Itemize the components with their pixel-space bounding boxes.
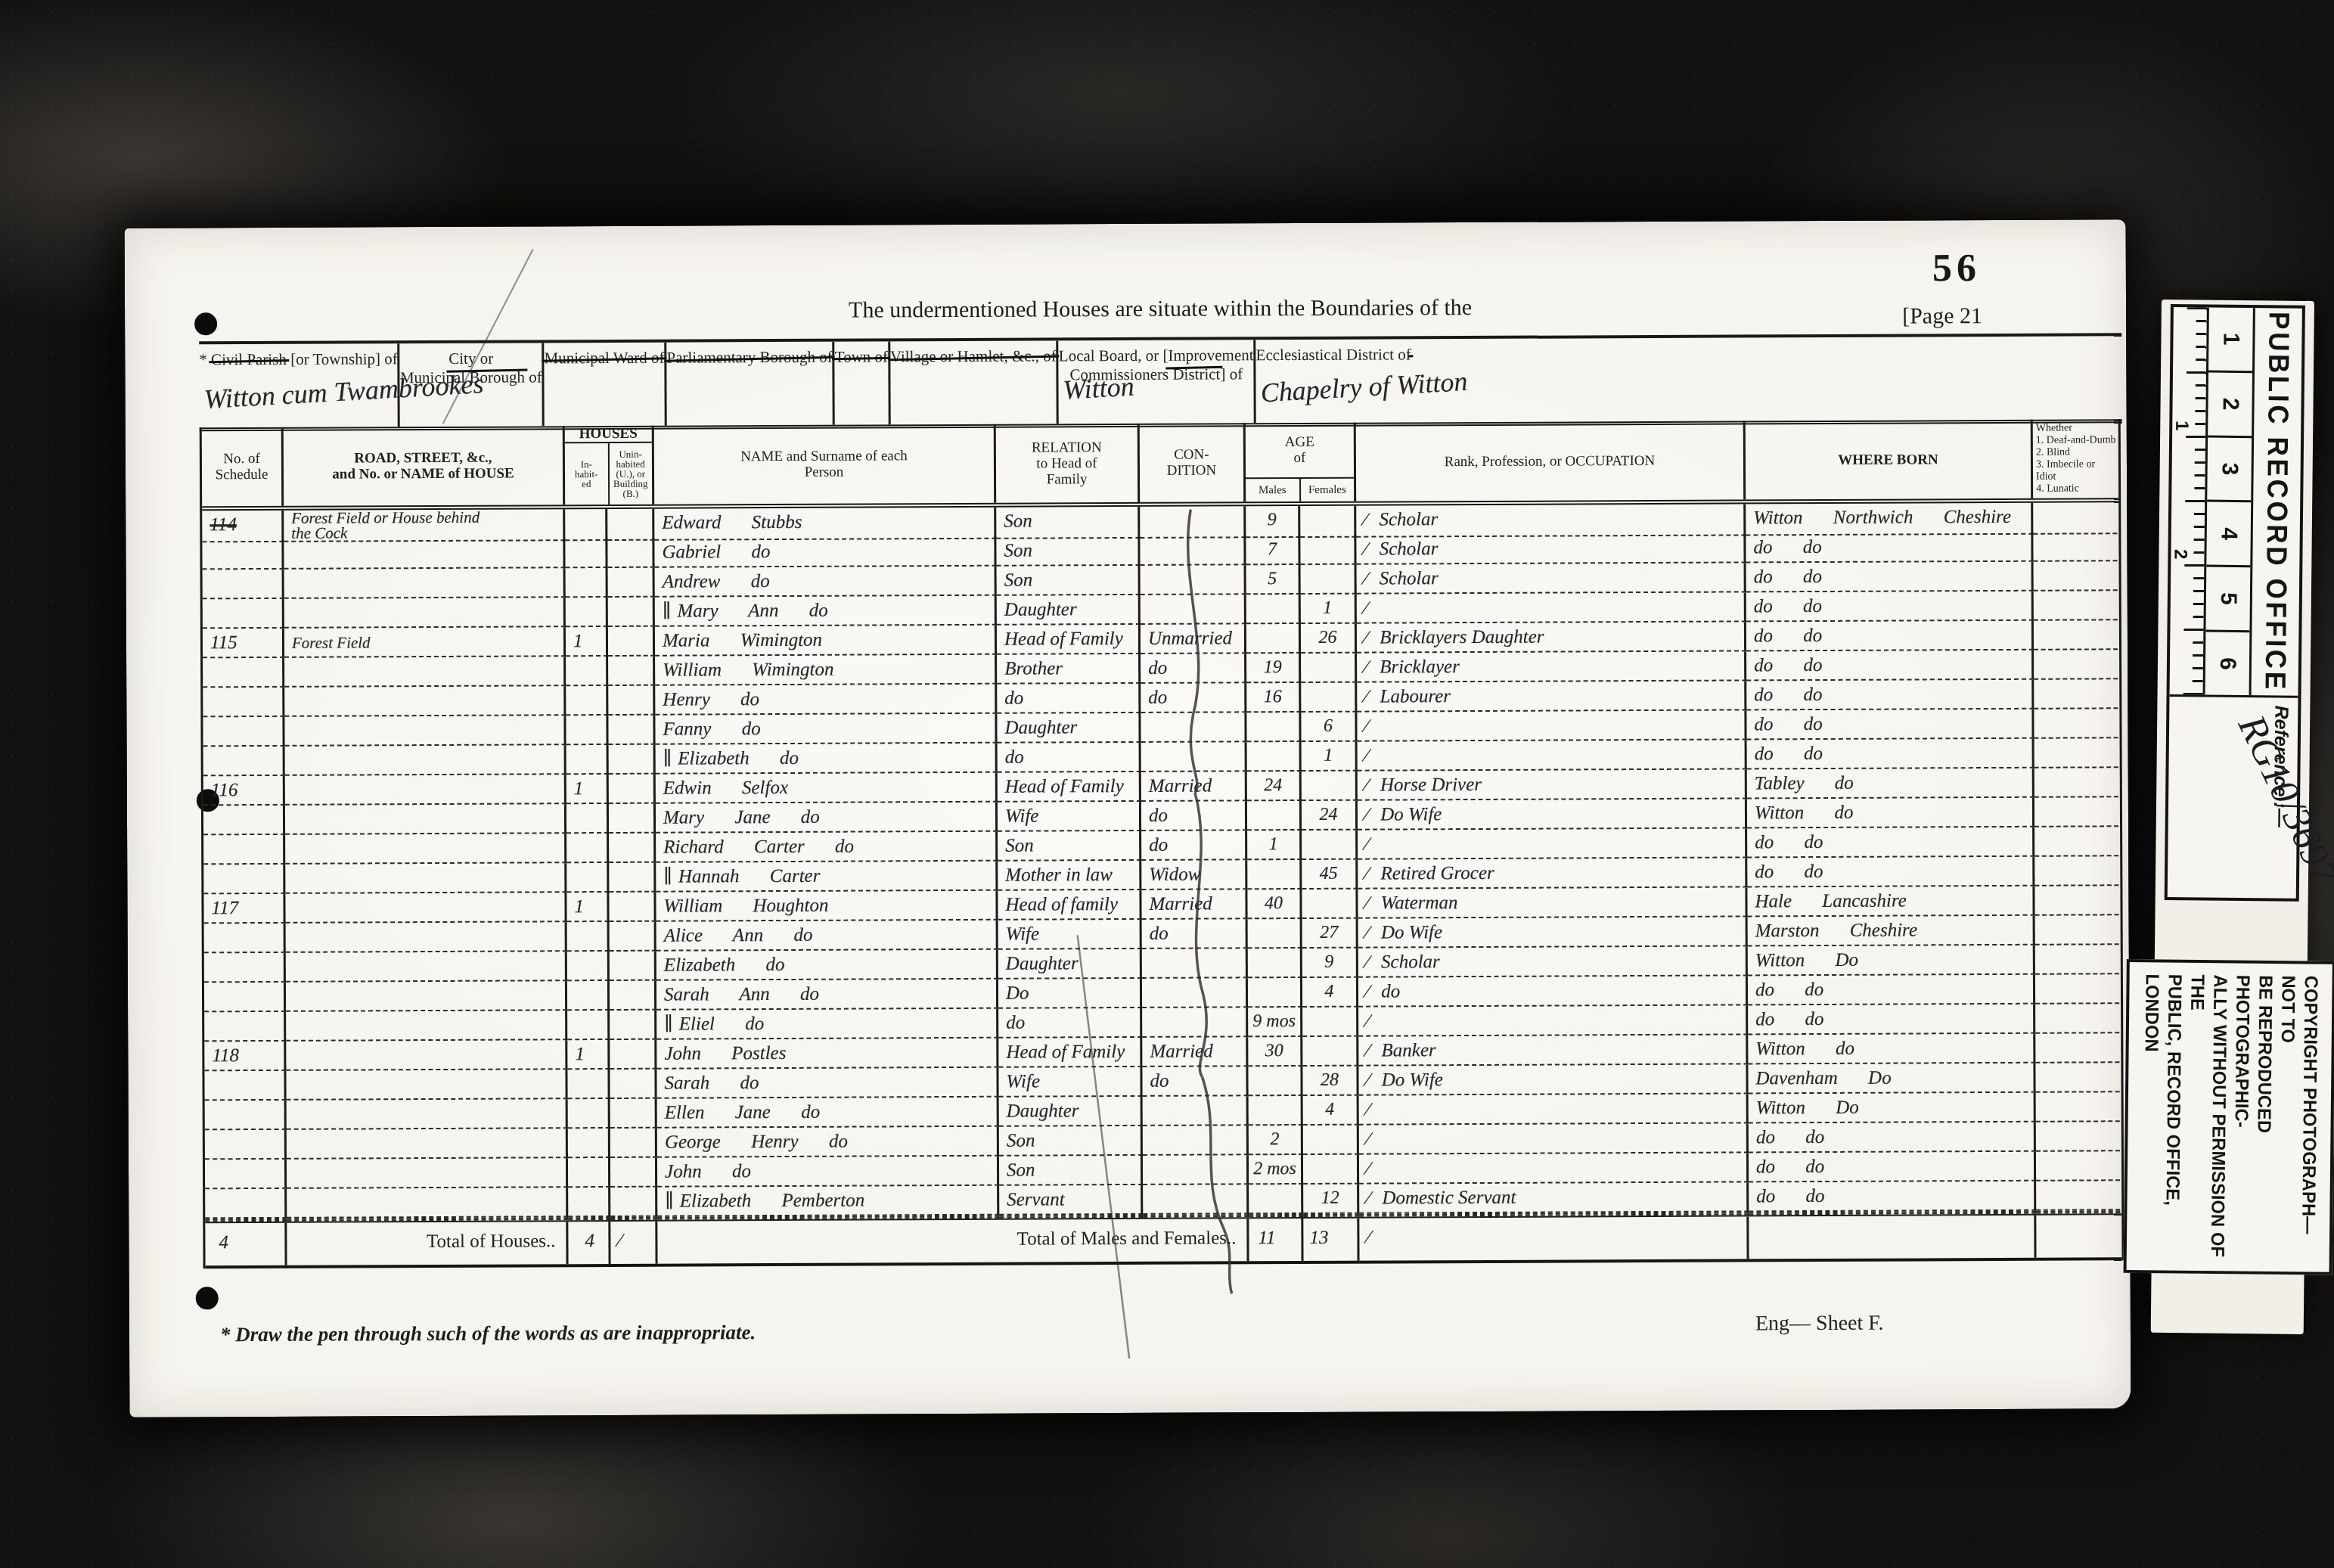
cell-age-female: 27 [1302,919,1358,949]
cell-where-born: Witton Do [1748,945,2035,977]
cell-whether-disabled [2035,1033,2119,1063]
cell-road-street [284,657,566,688]
cell-relation: Do [998,979,1142,1009]
cell-where-born: do do [1749,1181,2036,1212]
pro-reference-slip: PUBLIC RECORD OFFICE 1 2 3 4 5 6 1 2 Ref… [2165,304,2305,902]
cell-where-born: do do [1749,1152,2036,1183]
cell-houses-inhabited: 1 [567,1040,610,1070]
cell-person-name: Eliel do [656,1009,998,1040]
header-field: Village or Hamlet, &c., of [890,340,1059,424]
cell-road-street [286,1070,567,1101]
cell-where-born: do do [1746,562,2034,593]
col-condition: CON- DITION [1140,423,1246,502]
cell-condition [1141,595,1246,625]
cell-person-name: Edwin Selfox [656,773,998,804]
total-males-value: 11 [1249,1219,1303,1261]
cell-road-street: Forest Field [284,627,566,658]
cell-houses-uninhabited [607,509,654,541]
cell-schedule-number [203,599,284,629]
cell-relation: do [997,684,1141,714]
cell-houses-uninhabited [610,1040,656,1070]
cell-houses-uninhabited [608,598,655,627]
cell-occupation: Waterman [1358,887,1747,918]
cell-relation: Son [999,1126,1143,1157]
cell-relation: Brother [997,654,1141,685]
cell-person-name: Maria Wimington [655,626,997,657]
cell-age-female [1303,1155,1359,1185]
cell-whether-disabled [2034,561,2118,591]
cell-road-street [285,834,566,865]
cell-age-male [1249,1096,1303,1126]
cell-houses-uninhabited [609,804,656,834]
cell-age-male: 16 [1246,683,1301,713]
col-schedule: No. of Schedule [202,427,284,506]
cell-relation: Head of Family [997,625,1141,655]
cell-where-born: do do [1748,975,2035,1006]
cell-whether-disabled [2036,1092,2120,1122]
cell-schedule-number [203,747,285,776]
cell-occupation [1357,710,1746,741]
cell-person-name: Mary Jane do [656,803,998,834]
cell-schedule-number [203,717,284,747]
cell-age-female: 1 [1301,595,1357,624]
cell-occupation: Scholar [1356,504,1746,537]
cell-road-street [287,1129,568,1160]
cell-houses-inhabited [566,686,608,716]
cell-person-name: Fanny do [655,714,997,745]
cell-houses-uninhabited [609,834,656,863]
col-houses-caption: HOUSES [565,426,652,444]
cell-road-street [285,775,566,806]
cell-condition: Unmarried [1141,624,1246,654]
cell-houses-uninhabited [609,775,656,804]
cell-age-female [1301,683,1357,713]
cell-relation: Mother in law [998,861,1141,891]
cell-where-born: Davenham Do [1748,1063,2035,1094]
footnote: * Draw the pen through such of the words… [220,1321,756,1346]
cell-person-name: Ellen Jane do [657,1098,999,1129]
cell-condition: do [1141,654,1246,684]
cell-person-name: William Wimington [655,655,997,686]
cell-whether-disabled [2034,856,2118,886]
cell-where-born: do do [1747,739,2034,770]
cell-whether-disabled [2035,945,2119,974]
page-number-label: [Page 21 [1902,303,1982,329]
cell-occupation: Retired Grocer [1358,858,1747,889]
cell-houses-uninhabited [607,539,654,568]
pro-numbered-cells: 1 2 3 4 5 6 [2203,308,2255,696]
cell-age-male [1247,860,1302,890]
cell-age-male [1247,742,1302,772]
cell-relation: Wife [998,920,1142,950]
cell-road-street [287,1158,568,1189]
cell-occupation: Do Wife [1358,799,1747,830]
total-males-females-label: Total of Males and Females.. [657,1219,1249,1263]
header-field-label: City or Municipal Borough of [400,349,542,387]
cell-houses-inhabited [566,834,609,863]
cell-schedule-number: 116 [203,776,285,806]
cell-houses-inhabited [566,745,609,775]
cell-age-female [1300,506,1356,538]
cell-age-male: 1 [1247,831,1302,860]
cell-condition [1141,713,1246,743]
cell-age-female [1303,1126,1359,1155]
cell-whether-disabled [2034,591,2118,620]
cell-relation: Daughter [997,595,1141,626]
cell-age-female [1302,1037,1358,1067]
cell-road-street [286,981,567,1012]
cell-houses-uninhabited [610,1188,657,1217]
col-males: Males [1246,479,1301,501]
cell-occupation: Domestic Servant [1359,1182,1749,1213]
cell-occupation: Scholar [1356,533,1746,564]
cell-whether-disabled [2035,974,2119,1004]
cell-road-street [286,1011,567,1042]
cell-houses-inhabited: 1 [566,627,608,657]
cell-condition: do [1142,1067,1248,1097]
cell-houses-inhabited [567,922,610,952]
public-record-office-label: PUBLIC RECORD OFFICE 1 2 3 4 5 6 1 2 Ref… [2151,300,2314,1334]
cell-relation: do [998,1008,1142,1039]
cell-whether-disabled [2033,502,2117,534]
cell-houses-uninhabited [610,1011,656,1040]
cell-houses-inhabited [566,804,609,834]
cell-condition [1141,742,1247,772]
cell-road-street [286,1040,567,1071]
cell-age-male [1247,801,1302,831]
cell-where-born: do do [1747,857,2034,888]
header-field: City or Municipal Borough of [400,343,545,427]
cell-houses-uninhabited [610,922,656,952]
cell-schedule-number [203,806,285,835]
col-age-caption: AGE of [1246,423,1354,478]
cell-relation: Head of Family [998,1038,1142,1068]
header-field: Parliamentary Borough of [666,342,835,426]
cell-occupation: Scholar [1358,946,1748,977]
total-females-value: 13 [1303,1219,1359,1261]
cell-schedule-number [202,540,284,570]
cell-road-street [287,1099,568,1130]
cell-occupation [1358,828,1747,859]
cell-occupation: Labourer [1357,681,1746,712]
pro-office-title: PUBLIC RECORD OFFICE [2252,324,2302,681]
cell-where-born: do do [1746,680,2034,711]
cell-relation: Wife [998,1067,1142,1098]
cell-road-street [284,568,566,599]
cell-schedule-number [203,688,284,717]
cell-age-female: 4 [1303,1096,1359,1126]
cell-relation: Head of Family [998,772,1141,803]
cell-condition [1143,1185,1249,1215]
cell-person-name: John do [657,1157,999,1188]
header-field-handwritten-value: Chapelry of Witton [1260,365,1469,408]
pro-inch-mark: 2 [2169,549,2190,560]
cell-condition: do [1142,919,1248,949]
cell-occupation [1359,1094,1749,1125]
cell-age-male: 30 [1248,1037,1302,1067]
folio-number-stamp: 56 [1932,246,1981,290]
pro-ruler-cell: 2 [2208,372,2252,437]
cell-relation: Son [999,1156,1143,1186]
cell-condition: Widow [1141,860,1247,890]
cell-where-born: do do [1746,650,2034,682]
pro-ruler-cell: 1 [2208,308,2253,373]
col-relation: RELATION to Head of Family [996,424,1140,503]
cell-condition [1140,506,1246,539]
cell-condition: Married [1141,890,1247,920]
cell-person-name: Alice Ann do [656,921,998,952]
pro-inch-ruler: 1 2 [2170,307,2207,694]
cell-age-male: 2 mos [1249,1155,1303,1185]
cell-person-name: Sarah do [656,1068,998,1099]
cell-road-street [285,893,566,924]
cell-houses-inhabited [566,568,608,598]
cell-age-male: 2 [1249,1126,1303,1155]
cell-where-born: Witton Northwich Cheshire [1746,503,2033,536]
col-females: Females [1301,479,1355,501]
cell-age-female [1301,565,1357,595]
cell-age-female [1300,536,1356,565]
cell-condition: do [1141,683,1246,713]
total-males-females-checkmark: ∕ [1359,1216,1749,1260]
cell-age-female: 4 [1302,978,1358,1008]
cell-whether-disabled [2035,915,2119,945]
cell-road-street [284,716,566,747]
col-whether: Whether 1. Deaf-and-Dumb 2. Blind 3. Imb… [2033,419,2117,498]
col-houses: HOUSES In- habit- ed Unin- habited (U.),… [565,426,654,505]
cell-relation: Servant [999,1185,1143,1216]
cell-houses-uninhabited [608,716,655,745]
cell-person-name: George Henry do [657,1127,999,1158]
cell-relation: Daughter [997,713,1141,744]
cell-houses-uninhabited [610,1129,657,1158]
header-field-label: Parliamentary Borough of [666,348,832,368]
cell-schedule-number: 118 [204,1042,286,1071]
cell-whether-disabled [2034,738,2118,768]
cell-age-male: 7 [1246,536,1300,565]
cell-age-male [1248,949,1302,978]
pro-ruler-cell: 4 [2206,502,2251,567]
cell-where-born: do do [1746,621,2034,652]
col-age: AGE of Males Females [1246,423,1356,502]
cell-road-street [285,745,566,776]
cell-relation: Son [996,507,1140,539]
pro-reference-block: Reference :— RG10/3697 [2168,697,2298,899]
cell-whether-disabled [2034,679,2118,709]
table-rows: 114 Forest Field or House behind the Coc… [202,502,2121,1219]
cell-where-born: Witton do [1748,1034,2035,1065]
cell-age-male [1248,919,1302,949]
cell-whether-disabled [2036,1181,2120,1210]
cell-houses-inhabited [566,657,608,686]
pro-ruler-cell: 5 [2205,567,2250,632]
cell-occupation: Banker [1358,1035,1748,1066]
cell-houses-uninhabited [609,745,656,775]
cell-age-female [1302,1008,1358,1037]
cell-age-male: 9 mos [1248,1008,1302,1037]
col-where-born: WHERE BORN [1746,420,2033,500]
cell-road-street [286,922,567,953]
cell-age-male [1246,595,1301,624]
cell-houses-inhabited [566,598,608,627]
cell-houses-uninhabited [608,657,655,686]
cell-age-female: 1 [1302,742,1358,772]
cell-age-female: 12 [1303,1185,1359,1214]
cell-person-name: Andrew do [655,567,997,598]
cell-houses-uninhabited [608,568,655,598]
cell-schedule-number [204,1071,286,1101]
cell-houses-inhabited [565,539,607,568]
cell-schedule-number [203,658,284,688]
photographed-census-page: { "page": { "stamp": "56", "page_label":… [0,0,2334,1568]
cell-condition [1142,978,1248,1008]
cell-where-born: do do [1746,532,2033,564]
cell-age-female: 6 [1301,713,1357,742]
cell-age-male [1248,978,1302,1008]
cell-person-name: Richard Carter do [656,832,998,863]
cell-condition: Married [1142,1037,1248,1067]
cell-condition [1141,565,1246,595]
cell-occupation [1359,1153,1749,1184]
cell-relation: Wife [998,802,1141,832]
cell-schedule-number [205,1189,287,1219]
cell-relation: Head of family [998,890,1141,921]
cell-occupation: Do Wife [1358,917,1748,948]
header-field: Municipal Ward of [544,343,666,427]
cell-age-female: 26 [1301,624,1357,654]
cell-condition [1143,1096,1249,1126]
pro-inch-mark: 1 [2171,421,2192,431]
cell-person-name: Elizabeth Pemberton [657,1186,999,1217]
cell-person-name: Henry do [655,685,997,716]
cell-relation: Daughter [998,949,1142,980]
cell-houses-inhabited: 1 [566,775,609,804]
cell-houses-inhabited [568,1188,610,1217]
cell-houses-inhabited [566,716,608,745]
cell-houses-uninhabited [609,893,656,922]
cell-person-name: Gabriel do [654,537,996,568]
cell-houses-inhabited [567,952,610,981]
pro-copyright-notice: COPYRIGHT PHOTOGRAPH—NOT TO BE REPRODUCE… [2124,959,2334,1275]
cell-houses-inhabited: 1 [566,893,609,922]
cell-age-male: 40 [1247,890,1302,919]
cell-schedule-number: 115 [203,629,284,658]
cell-whether-disabled [2034,620,2118,650]
cell-road-street [284,686,566,717]
cell-age-male: 9 [1246,506,1300,538]
cell-age-female: 45 [1302,860,1358,890]
cell-whether-disabled [2034,797,2118,827]
cell-houses-uninhabited [610,1158,657,1188]
cell-schedule-number [204,1012,286,1042]
cell-whether-disabled [2035,1063,2119,1092]
totals-margin-value: 4 [205,1223,287,1265]
cell-occupation [1358,740,1747,771]
cell-houses-uninhabited [610,952,656,981]
cell-occupation: Bricklayers Daughter [1357,622,1746,653]
cell-houses-inhabited [567,981,610,1011]
totals-born-empty [1749,1216,2036,1259]
cell-person-name: William Houghton [656,891,998,922]
header-field-label: Village or Hamlet, &c., of [890,346,1057,366]
cell-occupation: Do Wife [1358,1064,1748,1095]
col-road: ROAD, STREET, &c., and No. or NAME of HO… [284,426,565,506]
cell-condition: do [1141,801,1247,831]
cell-relation: do [998,743,1141,773]
cell-relation: Son [996,536,1140,567]
header-field-handwritten-value: Witton [1063,371,1135,406]
cell-houses-uninhabited [610,981,656,1011]
cell-occupation: Horse Driver [1358,769,1747,800]
punch-hole [196,1287,219,1309]
cell-whether-disabled [2034,886,2118,915]
cell-schedule-number [205,1160,287,1189]
cell-where-born: Witton Do [1749,1093,2036,1124]
cell-whether-disabled [2034,768,2118,797]
total-houses-value: 4 [568,1222,610,1264]
col-name: NAME and Surname of each Person [654,424,996,505]
cell-where-born: Witton do [1747,798,2034,829]
cell-age-male [1246,624,1301,654]
cell-where-born: do do [1747,827,2034,859]
cell-whether-disabled [2036,1122,2120,1151]
cell-houses-inhabited [566,863,609,893]
cell-houses-inhabited [568,1129,610,1158]
cell-schedule-number [205,1101,287,1130]
cell-where-born: do do [1746,709,2034,741]
cell-relation: Son [997,566,1141,596]
cell-schedule-number: 117 [203,894,285,924]
cell-schedule-number [203,865,285,894]
cell-condition: Married [1141,772,1247,802]
cell-whether-disabled [2036,1151,2120,1181]
pro-ruler-block: PUBLIC RECORD OFFICE 1 2 3 4 5 6 1 2 [2170,307,2302,698]
cell-person-name: Elizabeth do [656,950,998,981]
cell-road-street [285,863,566,894]
totals-row: 4 Total of Houses.. 4 ∕ Total of Males a… [205,1213,2121,1268]
cell-occupation [1358,1005,1748,1036]
cell-relation: Son [998,831,1141,862]
sheet-code: Eng— Sheet F. [1755,1312,1884,1337]
cell-where-born: Tabley do [1747,768,2034,800]
header-field-label: Town of [835,347,888,366]
cell-where-born: do do [1749,1122,2036,1153]
cell-age-female [1302,772,1358,801]
cell-houses-inhabited [567,1011,610,1040]
total-houses-checkmark: ∕ [610,1222,657,1264]
cell-age-male [1249,1185,1303,1214]
cell-condition [1140,536,1246,566]
cell-person-name: Mary Ann do [655,596,997,627]
census-sheet: 56 The undermentioned Houses are situate… [125,219,2131,1417]
header-fields-row: * Civil Parish [or Township] of Witton c… [199,336,2121,431]
cell-schedule-number [203,835,285,865]
header-field-label: Municipal Ward of [545,349,665,368]
cell-age-male: 5 [1246,565,1301,595]
cell-road-street: Forest Field or House behind the Cock [284,509,565,542]
cell-road-street [284,598,566,629]
header-field: Town of [835,341,891,424]
cell-condition [1142,949,1248,979]
cell-person-name: John Postles [656,1039,998,1070]
cell-whether-disabled [2033,532,2117,561]
cell-relation: Daughter [999,1097,1143,1127]
header-field: * Civil Parish [or Township] of Witton c… [199,343,400,427]
cell-houses-uninhabited [610,1099,657,1129]
cell-whether-disabled [2034,650,2118,679]
cell-condition [1143,1126,1249,1156]
cell-schedule-number [203,570,284,599]
